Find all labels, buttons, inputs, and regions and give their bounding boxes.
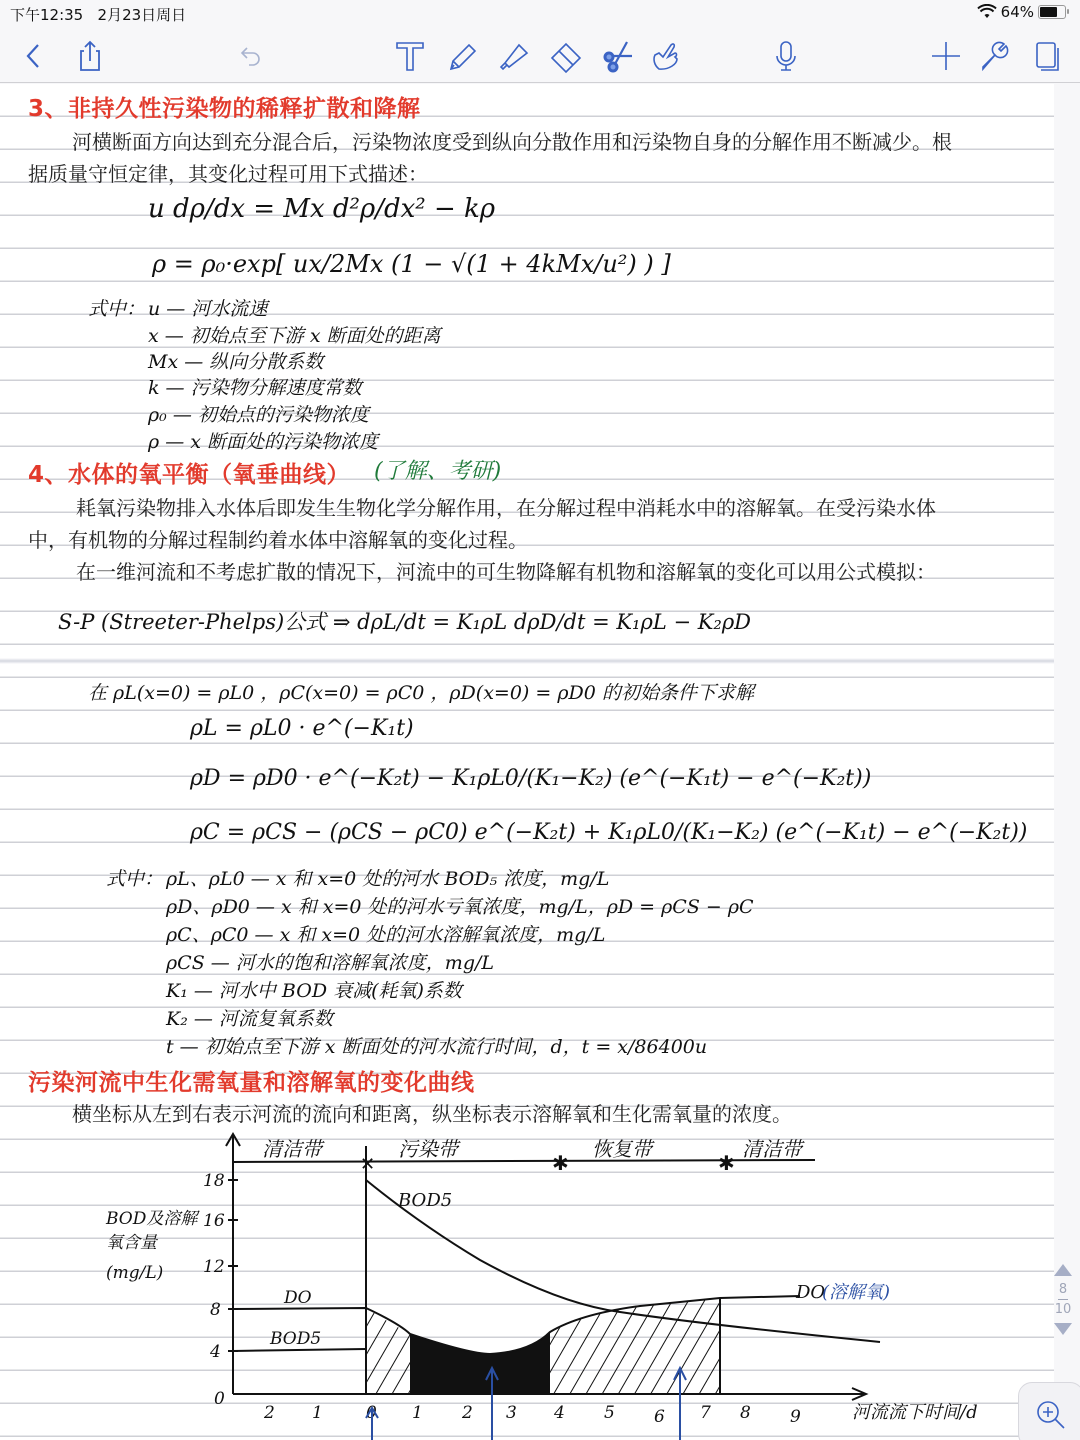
toolbar (0, 28, 1080, 83)
svg-text:BOD5: BOD5 (269, 1329, 321, 1349)
equation-bod: ρL = ρL0 · e^(−K₁t) (190, 716, 414, 741)
svg-text:BOD及溶解: BOD及溶解 (105, 1209, 200, 1229)
section5-heading: 污染河流中生化需氧量和溶解氧的变化曲线 (28, 1064, 475, 1097)
pen-button[interactable] (442, 36, 482, 76)
back-button[interactable] (14, 36, 54, 76)
var-item: u — 河水流速 (148, 294, 267, 321)
section4-annotation: (了解、考研) (374, 454, 501, 485)
svg-text:2: 2 (263, 1403, 275, 1423)
lasso-scissors-button[interactable] (598, 36, 638, 76)
status-time: 下午12:35 2月23日周日 (10, 4, 186, 25)
section3-para-line2: 据质量守恒定律，其变化过程可用下式描述： (28, 158, 428, 187)
var-item: Mx — 纵向分散系数 (148, 347, 323, 374)
initial-conditions: 在 ρL(x=0) = ρL0 ，ρC(x=0) = ρC0 ，ρD(x=0) … (88, 678, 754, 705)
chevron-left-icon (17, 39, 51, 73)
eraser-icon (549, 39, 583, 73)
highlighter-button[interactable] (494, 36, 534, 76)
svg-text:18: 18 (203, 1171, 225, 1191)
svg-text:DO: DO (795, 1282, 825, 1303)
zone-recovery: 恢复带 (592, 1137, 655, 1161)
svg-text:9: 9 (790, 1407, 801, 1427)
eraser-button[interactable] (546, 36, 586, 76)
zone-polluted: 污染带 (398, 1137, 461, 1161)
var-item: ρL、ρL0 — x 和 x=0 处的河水 BOD₅ 浓度，mg/L (166, 864, 609, 891)
wifi-icon (977, 4, 997, 20)
svg-text:8: 8 (740, 1403, 751, 1423)
scissors-icon (601, 39, 635, 73)
plus-icon (929, 39, 963, 73)
var-item: x — 初始点至下游 x 断面处的距离 (148, 321, 441, 348)
svg-text:7: 7 (700, 1403, 711, 1423)
svg-text:3: 3 (506, 1403, 517, 1423)
page-navigator: 8 10 (1050, 1264, 1076, 1335)
section4-para1-line2: 中，有机物的分解过程制约着水体中溶解氧的变化过程。 (28, 524, 528, 553)
var-item: K₂ — 河流复氧系数 (166, 1004, 333, 1031)
wrench-icon (977, 39, 1011, 73)
status-right: 64% (977, 3, 1066, 21)
var-item: K₁ — 河水中 BOD 衰减(耗氧)系数 (166, 976, 462, 1003)
svg-text:BOD5: BOD5 (397, 1190, 452, 1211)
var-item: k — 污染物分解速度常数 (148, 373, 362, 400)
svg-text:8: 8 (210, 1300, 221, 1320)
pages-icon (1029, 39, 1063, 73)
svg-text:4: 4 (209, 1342, 221, 1362)
settings-button[interactable] (974, 36, 1014, 76)
hand-pointer-icon (649, 39, 683, 73)
svg-text:(溶解氧): (溶解氧) (822, 1282, 890, 1303)
zone-clean-1: 清洁带 (262, 1137, 325, 1161)
time-text: 下午12:35 (10, 6, 83, 24)
pen-icon (445, 39, 479, 73)
add-button[interactable] (926, 36, 966, 76)
pages-button[interactable] (1026, 36, 1066, 76)
page-divider (0, 658, 1054, 664)
microphone-icon (769, 39, 803, 73)
section4-para2: 在一维河流和不考虑扩散的情况下，河流中的可生物降解有机物和溶解氧的变化可以用公式… (76, 556, 936, 585)
share-button[interactable] (70, 36, 110, 76)
section3-heading: 3、非持久性污染物的稀释扩散和降解 (28, 90, 421, 123)
note-page[interactable]: 3、非持久性污染物的稀释扩散和降解 河横断面方向达到充分混合后，污染物浓度受到纵… (0, 84, 1054, 1440)
battery-icon (1038, 5, 1066, 19)
svg-text:DO: DO (283, 1288, 312, 1308)
svg-text:✱: ✱ (552, 1151, 569, 1175)
equation-deficit: ρD = ρD0 · e^(−K₂t) − K₁ρL0/(K₁−K₂) (e^(… (190, 766, 871, 791)
undo-icon (233, 39, 267, 73)
svg-text:16: 16 (203, 1211, 225, 1231)
text-tool-button[interactable] (390, 36, 430, 76)
text-tool-icon (393, 39, 427, 73)
prev-page-button[interactable] (1054, 1264, 1072, 1276)
status-bar: 下午12:35 2月23日周日 64% (0, 0, 1080, 28)
var-item: ρ₀ — 初始点的污染物浓度 (148, 400, 369, 427)
battery-percent: 64% (1001, 3, 1034, 21)
formula-diffusion: u dρ/dx = Mx d²ρ/dx² − kρ (148, 194, 495, 224)
svg-text:12: 12 (203, 1257, 225, 1277)
undo-button[interactable] (230, 36, 270, 76)
section3-para-line1: 河横断面方向达到充分混合后，污染物浓度受到纵向分散作用和污染物自身的分解作用不断… (72, 126, 952, 155)
svg-text:河流流下时间/d: 河流流下时间/d (852, 1402, 978, 1423)
var-item: ρD、ρD0 — x 和 x=0 处的河水亏氧浓度，mg/L，ρD = ρCS … (166, 892, 754, 919)
share-icon (73, 39, 107, 73)
equation-do: ρC = ρCS − (ρCS − ρC0) e^(−K₂t) + K₁ρL0/… (190, 820, 1027, 845)
microphone-button[interactable] (766, 36, 806, 76)
svg-text:氧含量: 氧含量 (106, 1233, 159, 1253)
svg-text:4: 4 (553, 1403, 565, 1423)
svg-text:5: 5 (604, 1403, 615, 1423)
zoom-button[interactable] (1018, 1382, 1080, 1440)
where-label-1: 式中： (88, 294, 145, 321)
zoom-in-icon (1034, 1398, 1068, 1432)
where-label-2: 式中： (106, 864, 163, 891)
streeter-phelps-formula: S-P (Streeter-Phelps)公式 ⇒ dρL/dt = K₁ρL … (58, 606, 751, 636)
svg-text:6: 6 (654, 1407, 665, 1427)
var-item: ρ — x 断面处的污染物浓度 (148, 427, 378, 454)
formula-solution: ρ = ρ₀·exp[ ux/2Mx (1 − √(1 + 4kMx/u²) )… (152, 250, 671, 278)
svg-text:2: 2 (461, 1403, 473, 1423)
svg-text:1: 1 (312, 1403, 323, 1423)
hand-tool-button[interactable] (646, 36, 686, 76)
svg-text:✕: ✕ (360, 1154, 375, 1175)
next-page-button[interactable] (1054, 1323, 1072, 1335)
section4-para1-line1: 耗氧污染物排入水体后即发生生物化学分解作用，在分解过程中消耗水中的溶解氧。在受污… (76, 492, 936, 521)
date-text: 2月23日周日 (98, 6, 187, 24)
current-page: 8 (1050, 1282, 1076, 1297)
section5-para: 横坐标从左到右表示河流的流向和距离，纵坐标表示溶解氧和生化需氧量的浓度。 (72, 1098, 792, 1127)
section4-heading: 4、水体的氧平衡（氧垂曲线） (28, 456, 350, 489)
oxygen-sag-chart: ✕ ✱ ✱ 18 16 12 8 4 0 21 0123 4567 89 (0, 1124, 1054, 1440)
total-pages: 10 (1050, 1302, 1076, 1317)
highlighter-icon (497, 39, 531, 73)
zone-clean-2: 清洁带 (742, 1137, 805, 1161)
svg-text:1: 1 (412, 1403, 423, 1423)
svg-text:0: 0 (214, 1389, 225, 1409)
var-item: ρCS — 河水的饱和溶解氧浓度，mg/L (166, 948, 494, 975)
svg-text:✱: ✱ (718, 1151, 735, 1175)
var-item: t — 初始点至下游 x 断面处的河水流行时间，d，t = x/86400u (166, 1032, 707, 1059)
var-item: ρC、ρC0 — x 和 x=0 处的河水溶解氧浓度，mg/L (166, 920, 605, 947)
svg-text:(mg/L): (mg/L) (106, 1263, 163, 1283)
